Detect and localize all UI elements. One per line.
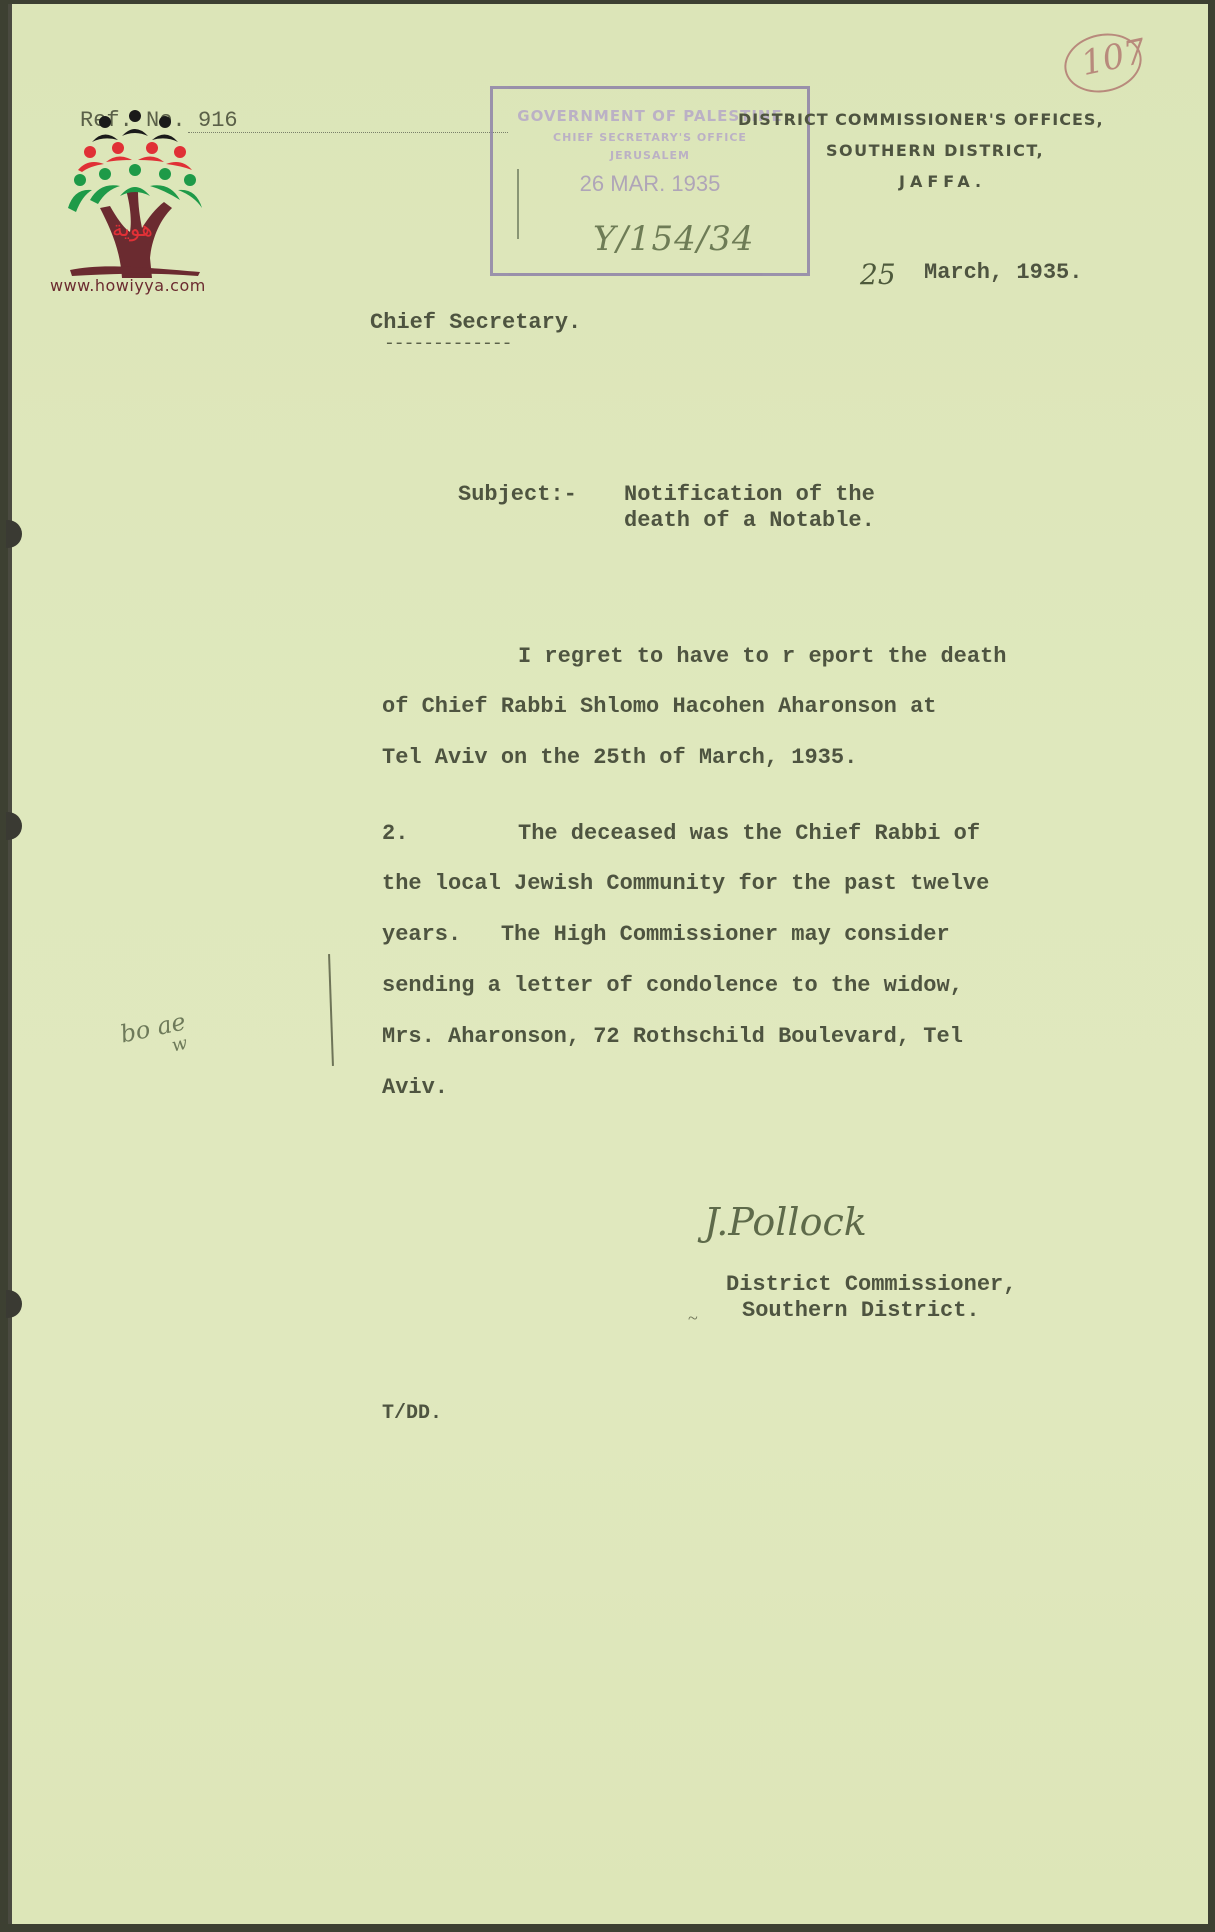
file-number-handwritten: Y/154/34	[593, 219, 755, 259]
typist-initials: T/DD.	[382, 1402, 442, 1425]
subject-line-2: death of a Notable.	[624, 508, 875, 533]
howiyya-tree-logo-icon: هوية	[60, 108, 210, 278]
document-page: Ref. No. 916 هوية	[8, 4, 1208, 1924]
addressee: Chief Secretary.	[370, 310, 581, 335]
stamp-office-line: CHIEF SECRETARY'S OFFICE	[493, 131, 807, 144]
body-line: years. The High Commissioner may conside…	[382, 922, 950, 947]
svg-text:هوية: هوية	[112, 217, 153, 242]
letterhead-district: SOUTHERN DISTRICT,	[826, 141, 1044, 160]
howiyya-website-link[interactable]: www.howiyya.com	[50, 276, 206, 295]
body-line: Mrs. Aharonson, 72 Rothschild Boulevard,…	[382, 1024, 963, 1049]
body-line: of Chief Rabbi Shlomo Hacohen Aharonson …	[382, 694, 937, 719]
body-line: sending a letter of condolence to the wi…	[382, 973, 963, 998]
margin-vertical-mark	[328, 954, 334, 1066]
signature-district: Southern District.	[742, 1298, 980, 1323]
signature-handwritten: J.Pollock	[704, 1200, 867, 1244]
tick-mark: ~	[688, 1308, 698, 1329]
folio-number: 107	[1078, 31, 1150, 84]
date-day-handwritten: 25	[860, 258, 896, 291]
addressee-underline: -------------	[384, 334, 511, 354]
stamp-date: 26 MAR. 1935	[493, 171, 807, 197]
letterhead-city: JAFFA.	[899, 172, 986, 191]
binding-hole	[6, 1290, 22, 1318]
body-line: the local Jewish Community for the past …	[382, 871, 989, 896]
binding-hole	[6, 520, 22, 548]
stamp-city-line: JERUSALEM	[493, 149, 807, 162]
subject-label: Subject:-	[458, 482, 577, 507]
body-line: Aviv.	[382, 1075, 448, 1100]
folio-number-circle: 107	[1059, 27, 1147, 100]
binding-hole	[6, 812, 22, 840]
letterhead-office: DISTRICT COMMISSIONER'S OFFICES,	[738, 110, 1104, 129]
paragraph-number: 2.	[382, 821, 408, 846]
body-line: The deceased was the Chief Rabbi of	[518, 821, 980, 846]
subject-line-1: Notification of the	[624, 482, 875, 507]
stamp-bracket-mark	[517, 169, 519, 239]
margin-annotation-2: w	[170, 1033, 189, 1057]
body-line: Tel Aviv on the 25th of March, 1935.	[382, 745, 857, 770]
reference-underline	[188, 132, 508, 133]
signature-title: District Commissioner,	[726, 1272, 1016, 1297]
body-line: I regret to have to r eport the death	[518, 644, 1006, 669]
date-month-year: March, 1935.	[924, 260, 1082, 285]
